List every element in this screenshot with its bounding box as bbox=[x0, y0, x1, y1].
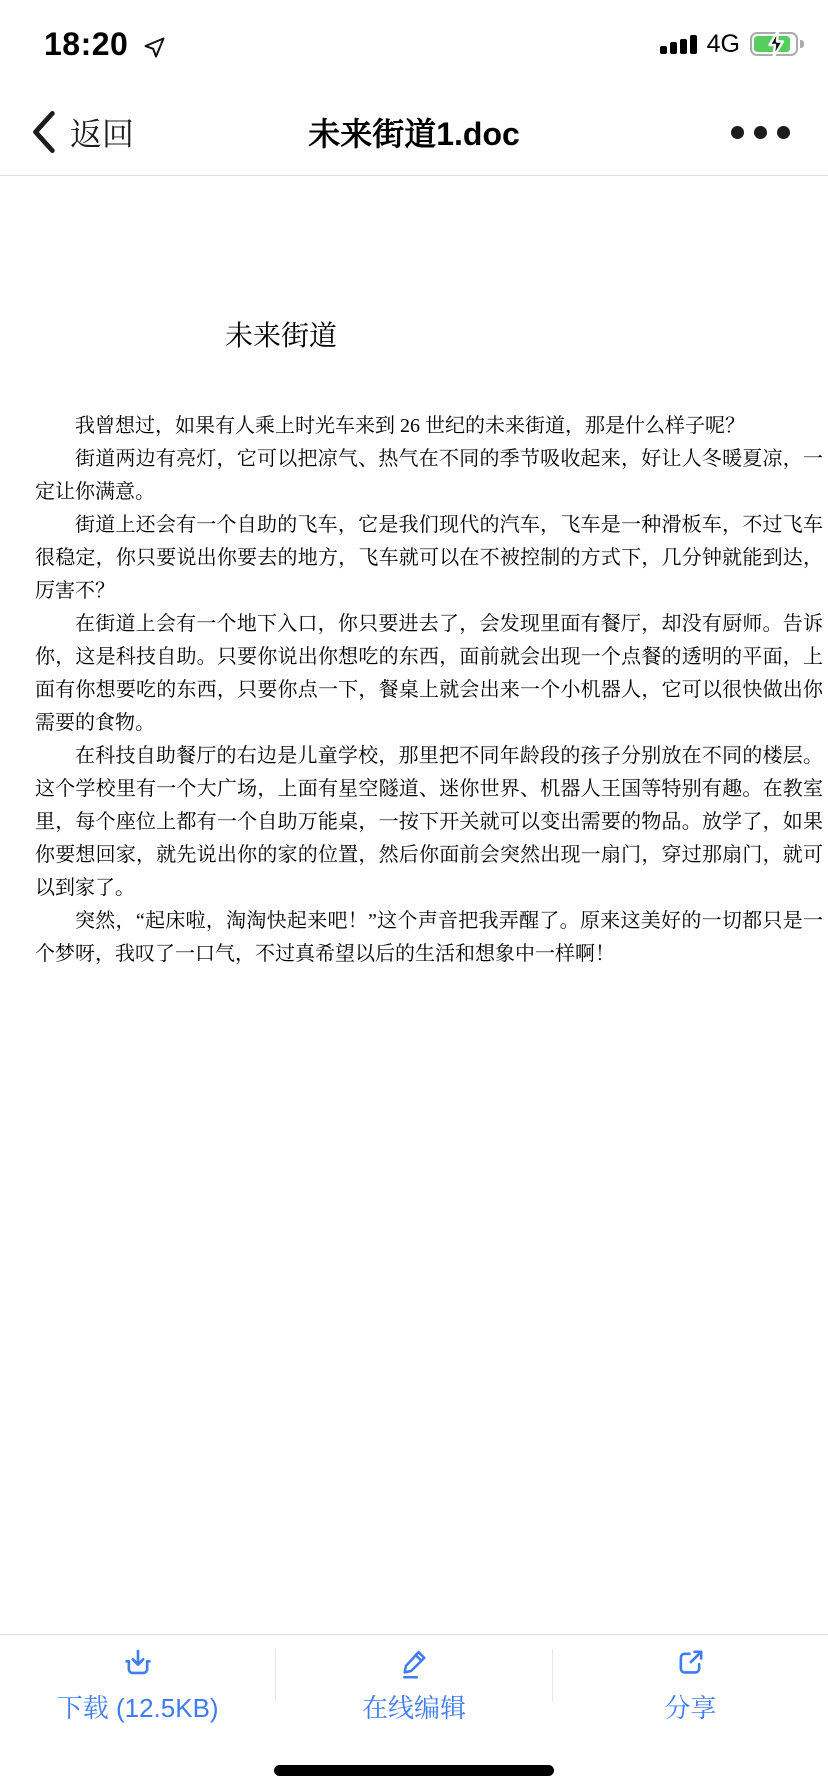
paragraph: 街道两边有亮灯，它可以把凉气、热气在不同的季节吸收起来，好让人冬暖夏凉，一定让你… bbox=[35, 443, 823, 509]
home-indicator[interactable] bbox=[274, 1765, 554, 1776]
edit-pencil-icon bbox=[398, 1647, 430, 1679]
document-scroll-area[interactable]: 未来街道 我曾想过，如果有人乘上时光车来到 26 世纪的未来街道，那是什么样子呢… bbox=[0, 177, 828, 1634]
share-button[interactable]: 分享 bbox=[553, 1635, 828, 1725]
download-icon bbox=[122, 1647, 154, 1679]
document-heading: 未来街道 bbox=[225, 317, 828, 357]
status-bar: 18:20 4G bbox=[0, 0, 828, 88]
paragraph: 我曾想过，如果有人乘上时光车来到 26 世纪的未来街道，那是什么样子呢？ bbox=[35, 410, 823, 443]
download-button[interactable]: 下载 (12.5KB) bbox=[0, 1635, 275, 1725]
back-button[interactable]: 返回 bbox=[30, 88, 134, 176]
paragraph: 突然，“起床啦，淘淘快起来吧！”这个声音把我弄醒了。原来这美好的一切都只是一个梦… bbox=[35, 905, 823, 971]
paragraph: 街道上还会有一个自助的飞车，它是我们现代的汽车，飞车是一种滑板车，不过飞车很稳定… bbox=[35, 509, 823, 608]
ellipsis-icon bbox=[731, 126, 744, 139]
status-time: 18:20 bbox=[44, 26, 128, 63]
location-arrow-icon bbox=[142, 36, 166, 60]
paragraph: 在街道上会有一个地下入口，你只要进去了，会发现里面有餐厅，却没有厨师。告诉你，这… bbox=[35, 608, 823, 740]
online-edit-button-label: 在线编辑 bbox=[362, 1688, 466, 1725]
network-type-label: 4G bbox=[707, 30, 740, 59]
back-button-label: 返回 bbox=[70, 109, 134, 155]
more-options-button[interactable] bbox=[731, 88, 790, 176]
nav-bar: 返回 未来街道1.doc bbox=[0, 88, 828, 176]
online-edit-button[interactable]: 在线编辑 bbox=[276, 1635, 551, 1725]
back-chevron-icon bbox=[30, 109, 56, 155]
share-button-label: 分享 bbox=[664, 1688, 716, 1725]
paragraph: 在科技自助餐厅的右边是儿童学校，那里把不同年龄段的孩子分别放在不同的楼层。这个学… bbox=[35, 740, 823, 905]
battery-charging-icon bbox=[750, 32, 806, 56]
download-button-label: 下载 (12.5KB) bbox=[57, 1688, 219, 1725]
document-body: 我曾想过，如果有人乘上时光车来到 26 世纪的未来街道，那是什么样子呢？ 街道两… bbox=[35, 410, 823, 971]
share-icon bbox=[674, 1647, 706, 1679]
signal-bars-icon bbox=[657, 34, 697, 54]
